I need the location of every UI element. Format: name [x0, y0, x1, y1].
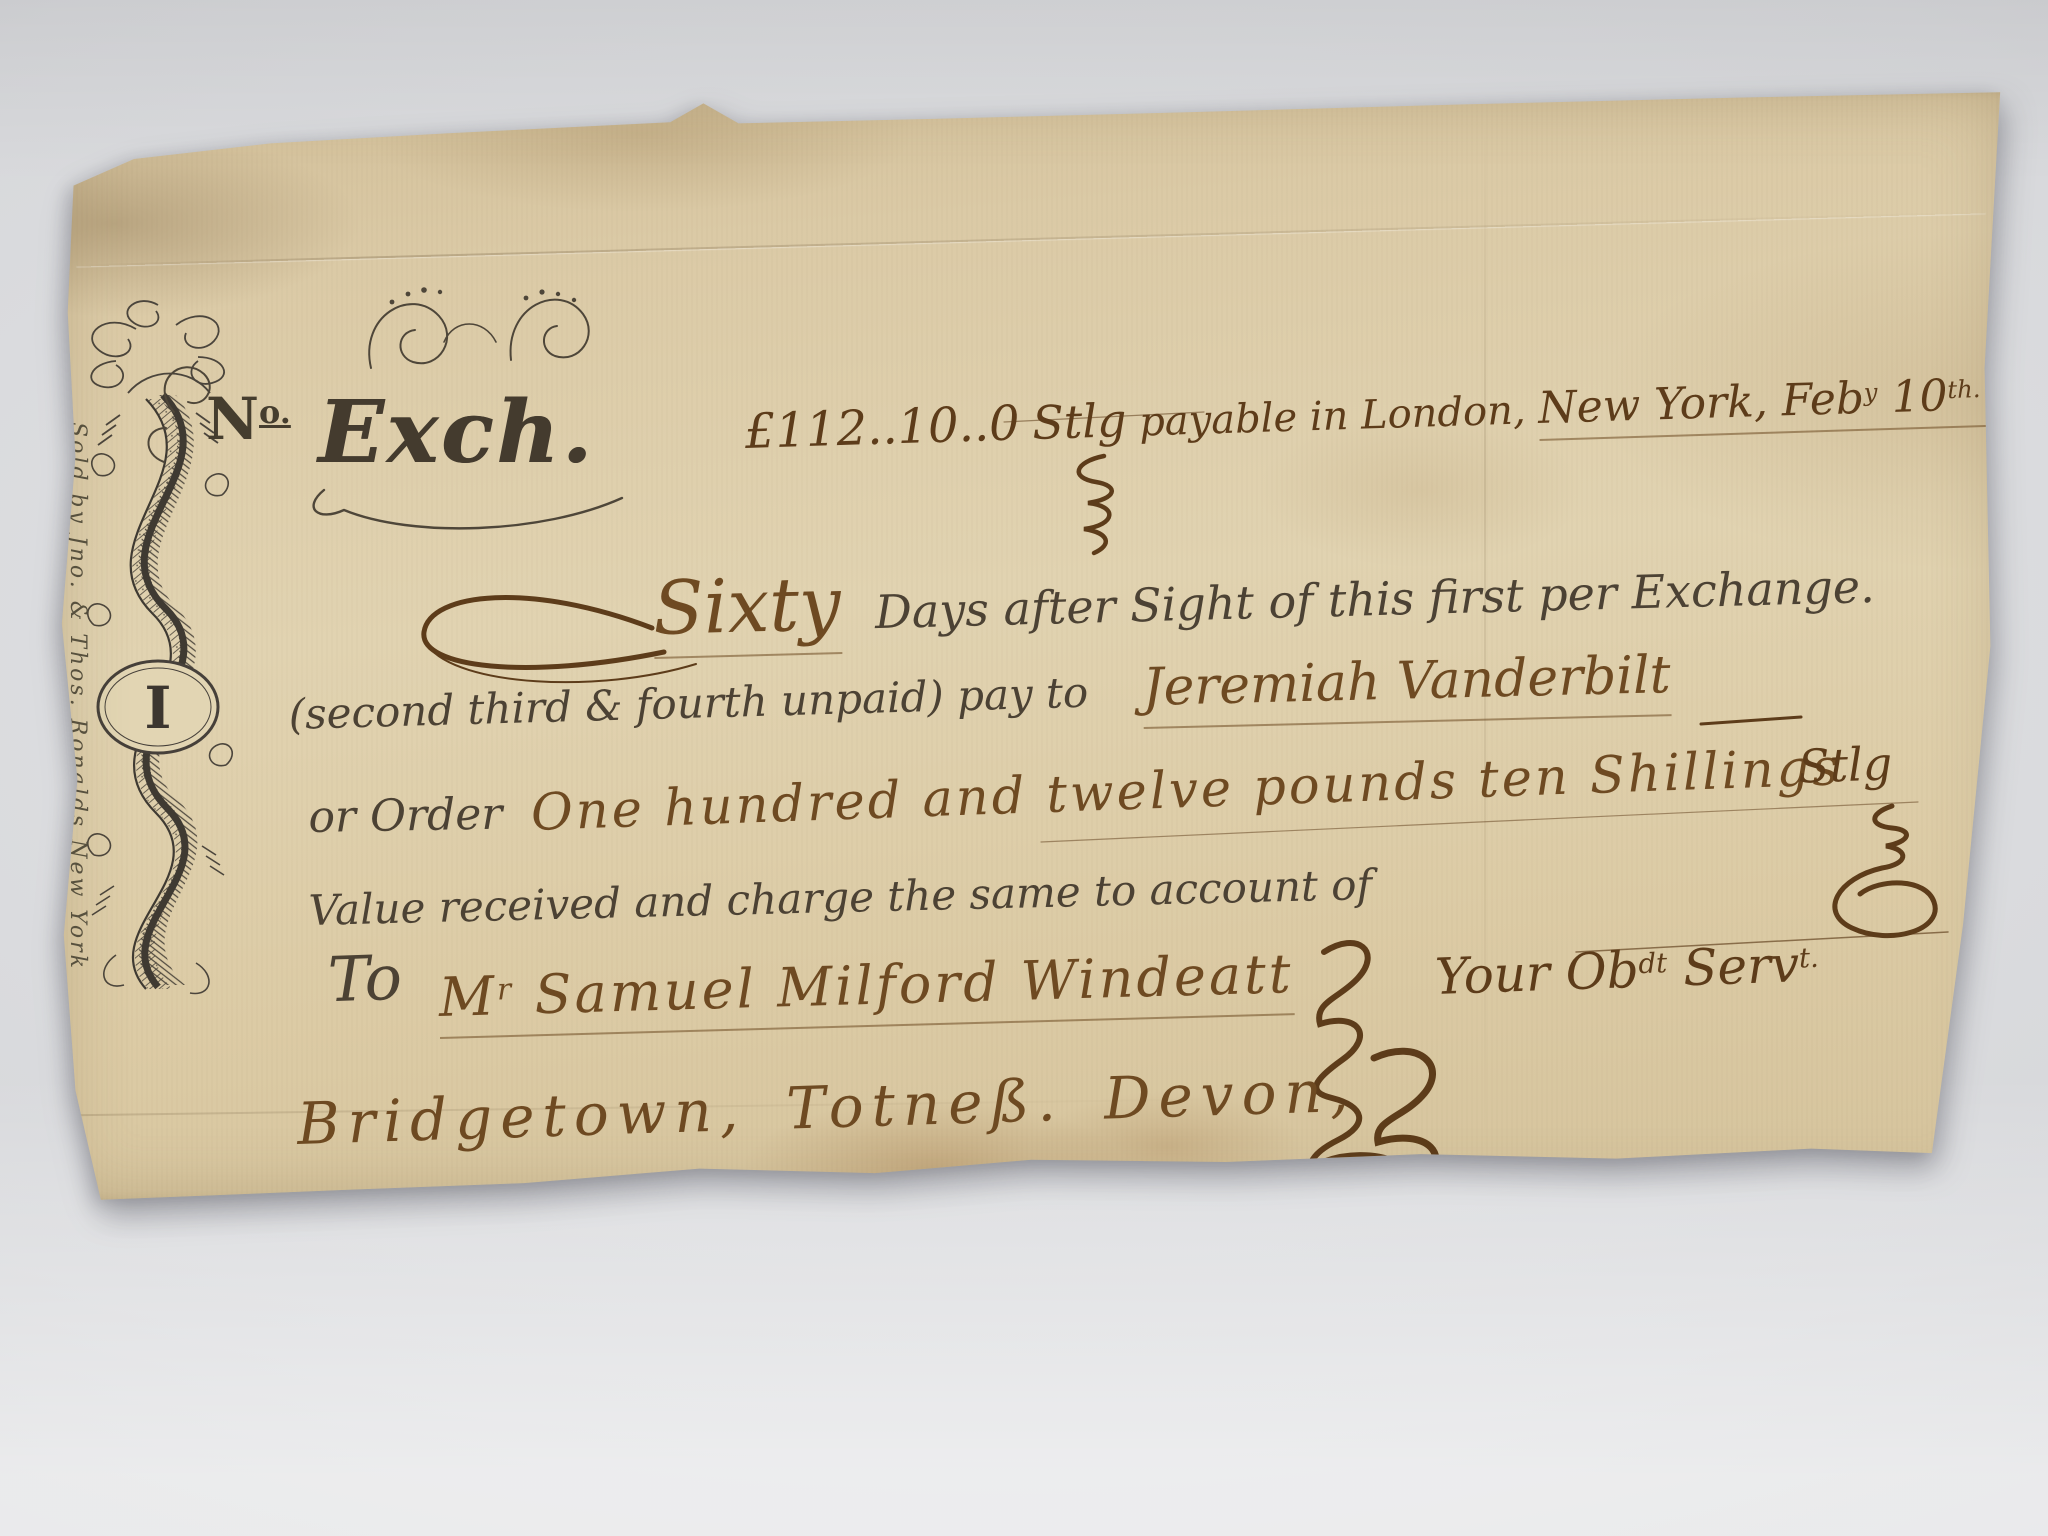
panel-numeral: I	[144, 674, 171, 742]
to-label: To	[327, 941, 403, 1017]
bill-number-sup: o.	[259, 393, 291, 431]
horizontal-fold-crease	[76, 211, 1985, 266]
payee-name: Jeremiah Vanderbilt	[1142, 645, 1671, 729]
bill-of-exchange-paper: I Sold by Jno. & Thos. Ronalds New York	[56, 90, 2006, 1202]
addressee-title-sup: r	[497, 972, 515, 1007]
date-month: Feb	[1781, 373, 1865, 427]
addressee-title: M	[438, 964, 498, 1029]
exch-left-curl	[369, 304, 447, 368]
date-month-sup: y	[1863, 378, 1878, 406]
addressee-name-line: Mr Samuel Milford Windeatt	[438, 942, 1295, 1039]
order-clause: or Order	[308, 789, 503, 843]
payable-clause: payable in London,	[1138, 387, 1526, 445]
date-year: 1815	[1994, 365, 2048, 419]
date-day-sup: th.	[1947, 375, 1981, 404]
stlg-1-flourish	[1079, 456, 1112, 553]
closing-sup-dt: dt	[1638, 947, 1668, 980]
amount-figures: £112..10..0	[744, 395, 1020, 460]
addressee-name: Samuel Milford Windeatt	[534, 942, 1295, 1026]
bill-number-n: N	[206, 385, 259, 453]
amount-in-words: One hundred and twelve pounds ten Shilli…	[530, 738, 1842, 843]
amount-date-line: £112..10..0 Stlg payable in London, New …	[744, 361, 2048, 460]
exch-under-sweep	[314, 490, 622, 528]
term-line: Sixty Days after Sight of this first per…	[652, 534, 1876, 659]
closing-serv: Serv	[1666, 935, 1800, 998]
place-date: New York, Feby 10th. 1815	[1537, 365, 2048, 441]
currency-stlg-1: Stlg	[1031, 393, 1127, 450]
panel-top-flourishes	[91, 301, 224, 445]
photo-background: I Sold by Jno. & Thos. Ronalds New York	[0, 0, 2048, 1536]
closing-salutation: Your Obdt Servt.	[1434, 935, 1820, 1006]
exch-dots	[390, 287, 577, 304]
unpaid-clause: (second third & fourth unpaid) pay to	[288, 668, 1089, 739]
currency-stlg-2: Stlg	[1797, 736, 1893, 793]
term-sixty: Sixty	[652, 561, 842, 659]
value-received-clause: Value received and charge the same to ac…	[308, 860, 1373, 935]
printer-imprint: Sold by Jno. & Thos. Ronalds New York	[65, 422, 90, 971]
exch-right-curl	[511, 300, 589, 360]
sixty-left-sweep	[424, 598, 664, 668]
paper-shadow: I Sold by Jno. & Thos. Ronalds New York	[56, 90, 2006, 1202]
closing-your-ob: Your Ob	[1434, 941, 1640, 1006]
payee-dash	[1701, 717, 1801, 724]
stlg-2-flourish	[1835, 806, 1935, 936]
exchange-heading: Exch.	[318, 382, 595, 483]
address-line: Bridgetown, Totneß. Devon,	[296, 1057, 1357, 1158]
term-clause: Days after Sight of this first per Excha…	[874, 559, 1875, 639]
bill-number-label: No.	[206, 385, 291, 453]
exch-center-arc	[444, 324, 496, 342]
date-day: 10	[1891, 370, 1949, 423]
closing-sup-t: t.	[1798, 942, 1819, 975]
place-city: New York,	[1537, 376, 1768, 434]
